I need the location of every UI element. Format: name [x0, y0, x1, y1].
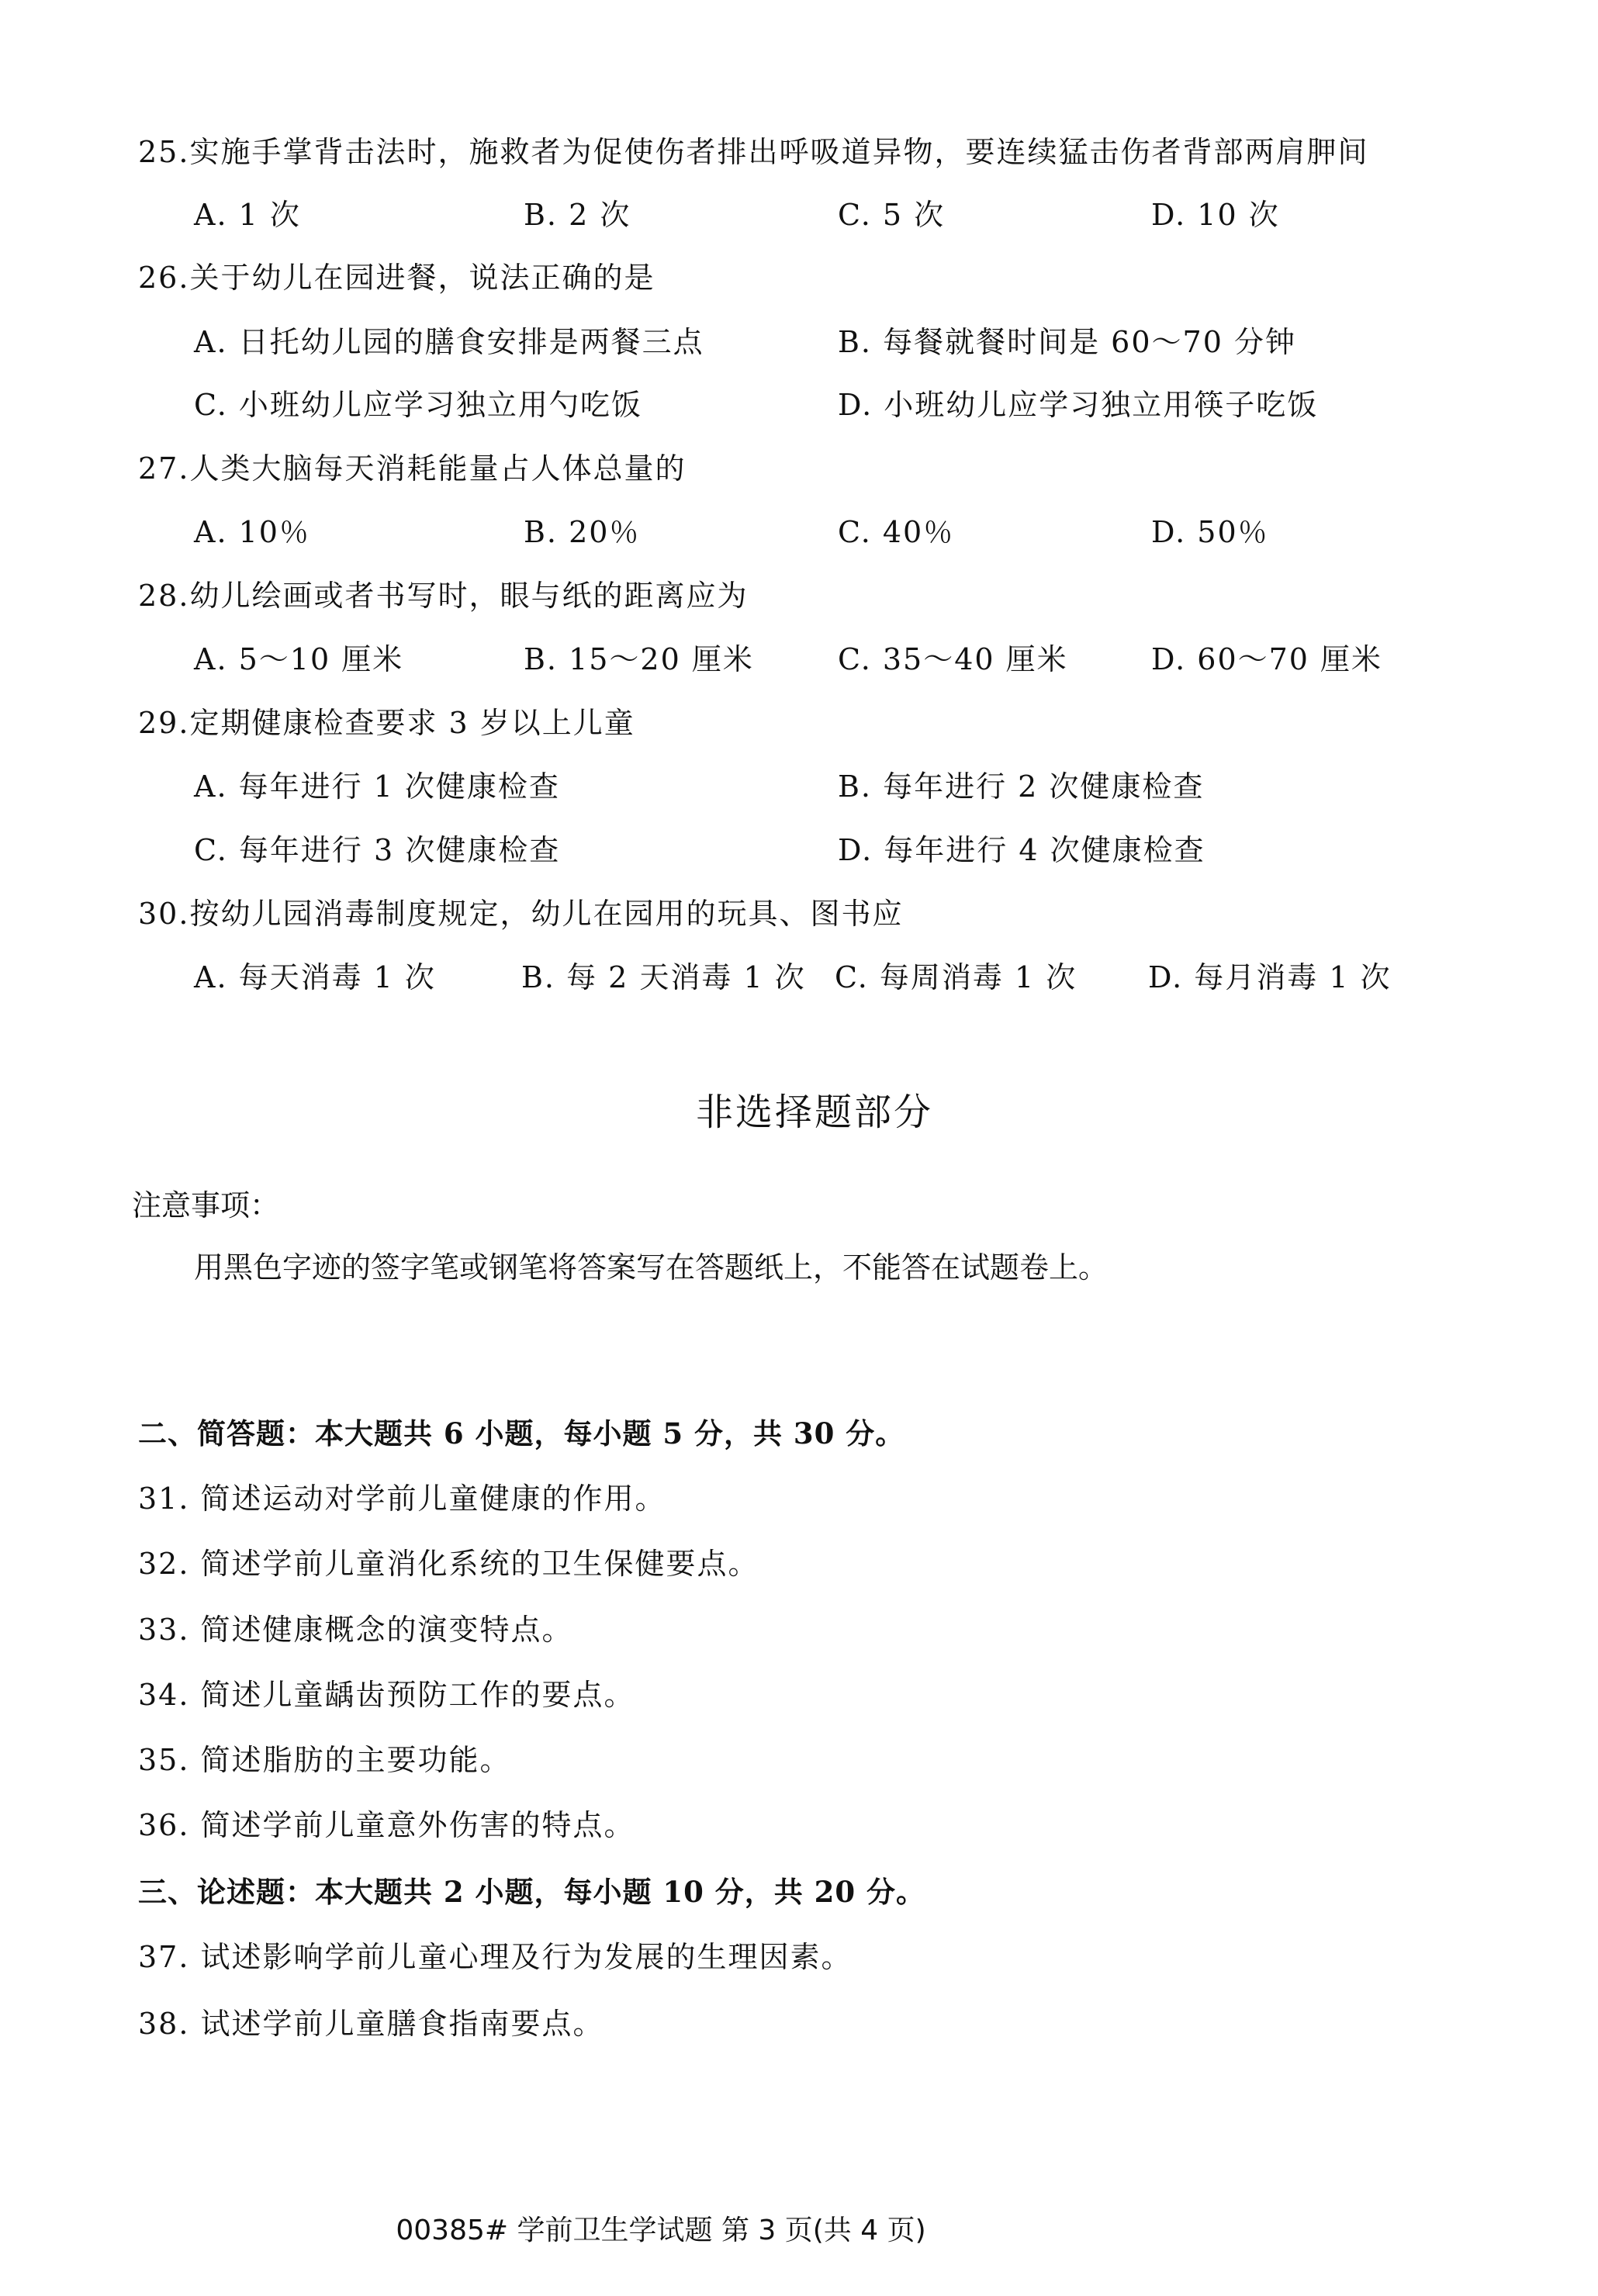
option-a: A. 每年进行 1 次健康检查	[194, 769, 560, 804]
option-a: A. 10％	[194, 515, 310, 549]
option-b: B. 20％	[524, 515, 640, 549]
question-26: 26.关于幼儿在园进餐，说法正确的是	[138, 261, 655, 295]
question-number: 29.	[138, 706, 189, 740]
option-b: B. 每餐就餐时间是 60～70 分钟	[838, 325, 1296, 359]
notice-text: 用黑色字迹的签字笔或钢笔将答案写在答题纸上，不能答在试题卷上。	[194, 1250, 1108, 1285]
option-c: C. 35～40 厘米	[838, 642, 1068, 676]
option-b: B. 每年进行 2 次健康检查	[838, 769, 1204, 804]
question-number: 30.	[138, 897, 189, 931]
option-c: C. 小班幼儿应学习独立用勺吃饭	[194, 388, 642, 422]
option-c: C. 每周消毒 1 次	[835, 960, 1077, 994]
question-36: 36. 简述学前儿童意外伤害的特点。	[138, 1808, 635, 1842]
option-c: C. 40％	[838, 515, 954, 549]
option-a: A. 日托幼儿园的膳食安排是两餐三点	[194, 325, 704, 359]
question-34: 34. 简述儿童龋齿预防工作的要点。	[138, 1678, 635, 1712]
option-b: B. 2 次	[524, 198, 631, 232]
option-d: D. 60～70 厘米	[1151, 642, 1382, 676]
notice-title: 注意事项：	[132, 1188, 279, 1222]
question-stem: 按幼儿园消毒制度规定，幼儿在园用的玩具、图书应	[189, 897, 903, 931]
option-d: D. 每年进行 4 次健康检查	[838, 833, 1205, 867]
question-stem: 关于幼儿在园进餐，说法正确的是	[189, 261, 655, 295]
option-a: A. 1 次	[194, 198, 301, 232]
question-38: 38. 试述学前儿童膳食指南要点。	[138, 2007, 604, 2041]
option-d: D. 50％	[1151, 515, 1269, 549]
section-essay-title: 三、论述题：本大题共 2 小题，每小题 10 分，共 20 分。	[138, 1875, 925, 1909]
question-number: 26.	[138, 261, 189, 295]
option-d: D. 10 次	[1151, 198, 1280, 232]
question-37: 37. 试述影响学前儿童心理及行为发展的生理因素。	[138, 1940, 853, 1974]
question-25: 25.实施手掌背击法时，施救者为促使伤者排出呼吸道异物，要连续猛击伤者背部两肩胛…	[138, 135, 1368, 169]
part-heading: 非选择题部分	[0, 1091, 1598, 1134]
option-b: B. 15～20 厘米	[524, 642, 754, 676]
section-short-answer-title: 二、简答题：本大题共 6 小题，每小题 5 分，共 30 分。	[138, 1416, 904, 1451]
option-a: A. 每天消毒 1 次	[194, 960, 436, 994]
option-d: D. 每月消毒 1 次	[1148, 960, 1392, 994]
question-27: 27.人类大脑每天消耗能量占人体总量的	[138, 451, 686, 486]
question-stem: 实施手掌背击法时，施救者为促使伤者排出呼吸道异物，要连续猛击伤者背部两肩胛间	[189, 135, 1368, 169]
question-35: 35. 简述脂肪的主要功能。	[138, 1743, 511, 1777]
question-stem: 人类大脑每天消耗能量占人体总量的	[189, 451, 686, 486]
question-stem: 定期健康检查要求 3 岁以上儿童	[189, 706, 635, 740]
option-d: D. 小班幼儿应学习独立用筷子吃饭	[838, 388, 1318, 422]
question-28: 28.幼儿绘画或者书写时，眼与纸的距离应为	[138, 579, 748, 613]
question-number: 25.	[138, 135, 189, 169]
option-c: C. 每年进行 3 次健康检查	[194, 833, 560, 867]
question-number: 28.	[138, 579, 189, 613]
question-32: 32. 简述学前儿童消化系统的卫生保健要点。	[138, 1547, 759, 1581]
question-number: 27.	[138, 451, 189, 486]
question-33: 33. 简述健康概念的演变特点。	[138, 1613, 573, 1647]
option-c: C. 5 次	[838, 198, 945, 232]
question-30: 30.按幼儿园消毒制度规定，幼儿在园用的玩具、图书应	[138, 897, 903, 931]
page-footer: 00385# 学前卫生学试题 第 3 页(共 4 页)	[0, 2214, 1322, 2248]
question-29: 29.定期健康检查要求 3 岁以上儿童	[138, 706, 635, 740]
option-a: A. 5～10 厘米	[194, 642, 403, 676]
option-b: B. 每 2 天消毒 1 次	[521, 960, 806, 994]
question-stem: 幼儿绘画或者书写时，眼与纸的距离应为	[189, 579, 748, 613]
question-31: 31. 简述运动对学前儿童健康的作用。	[138, 1482, 666, 1516]
